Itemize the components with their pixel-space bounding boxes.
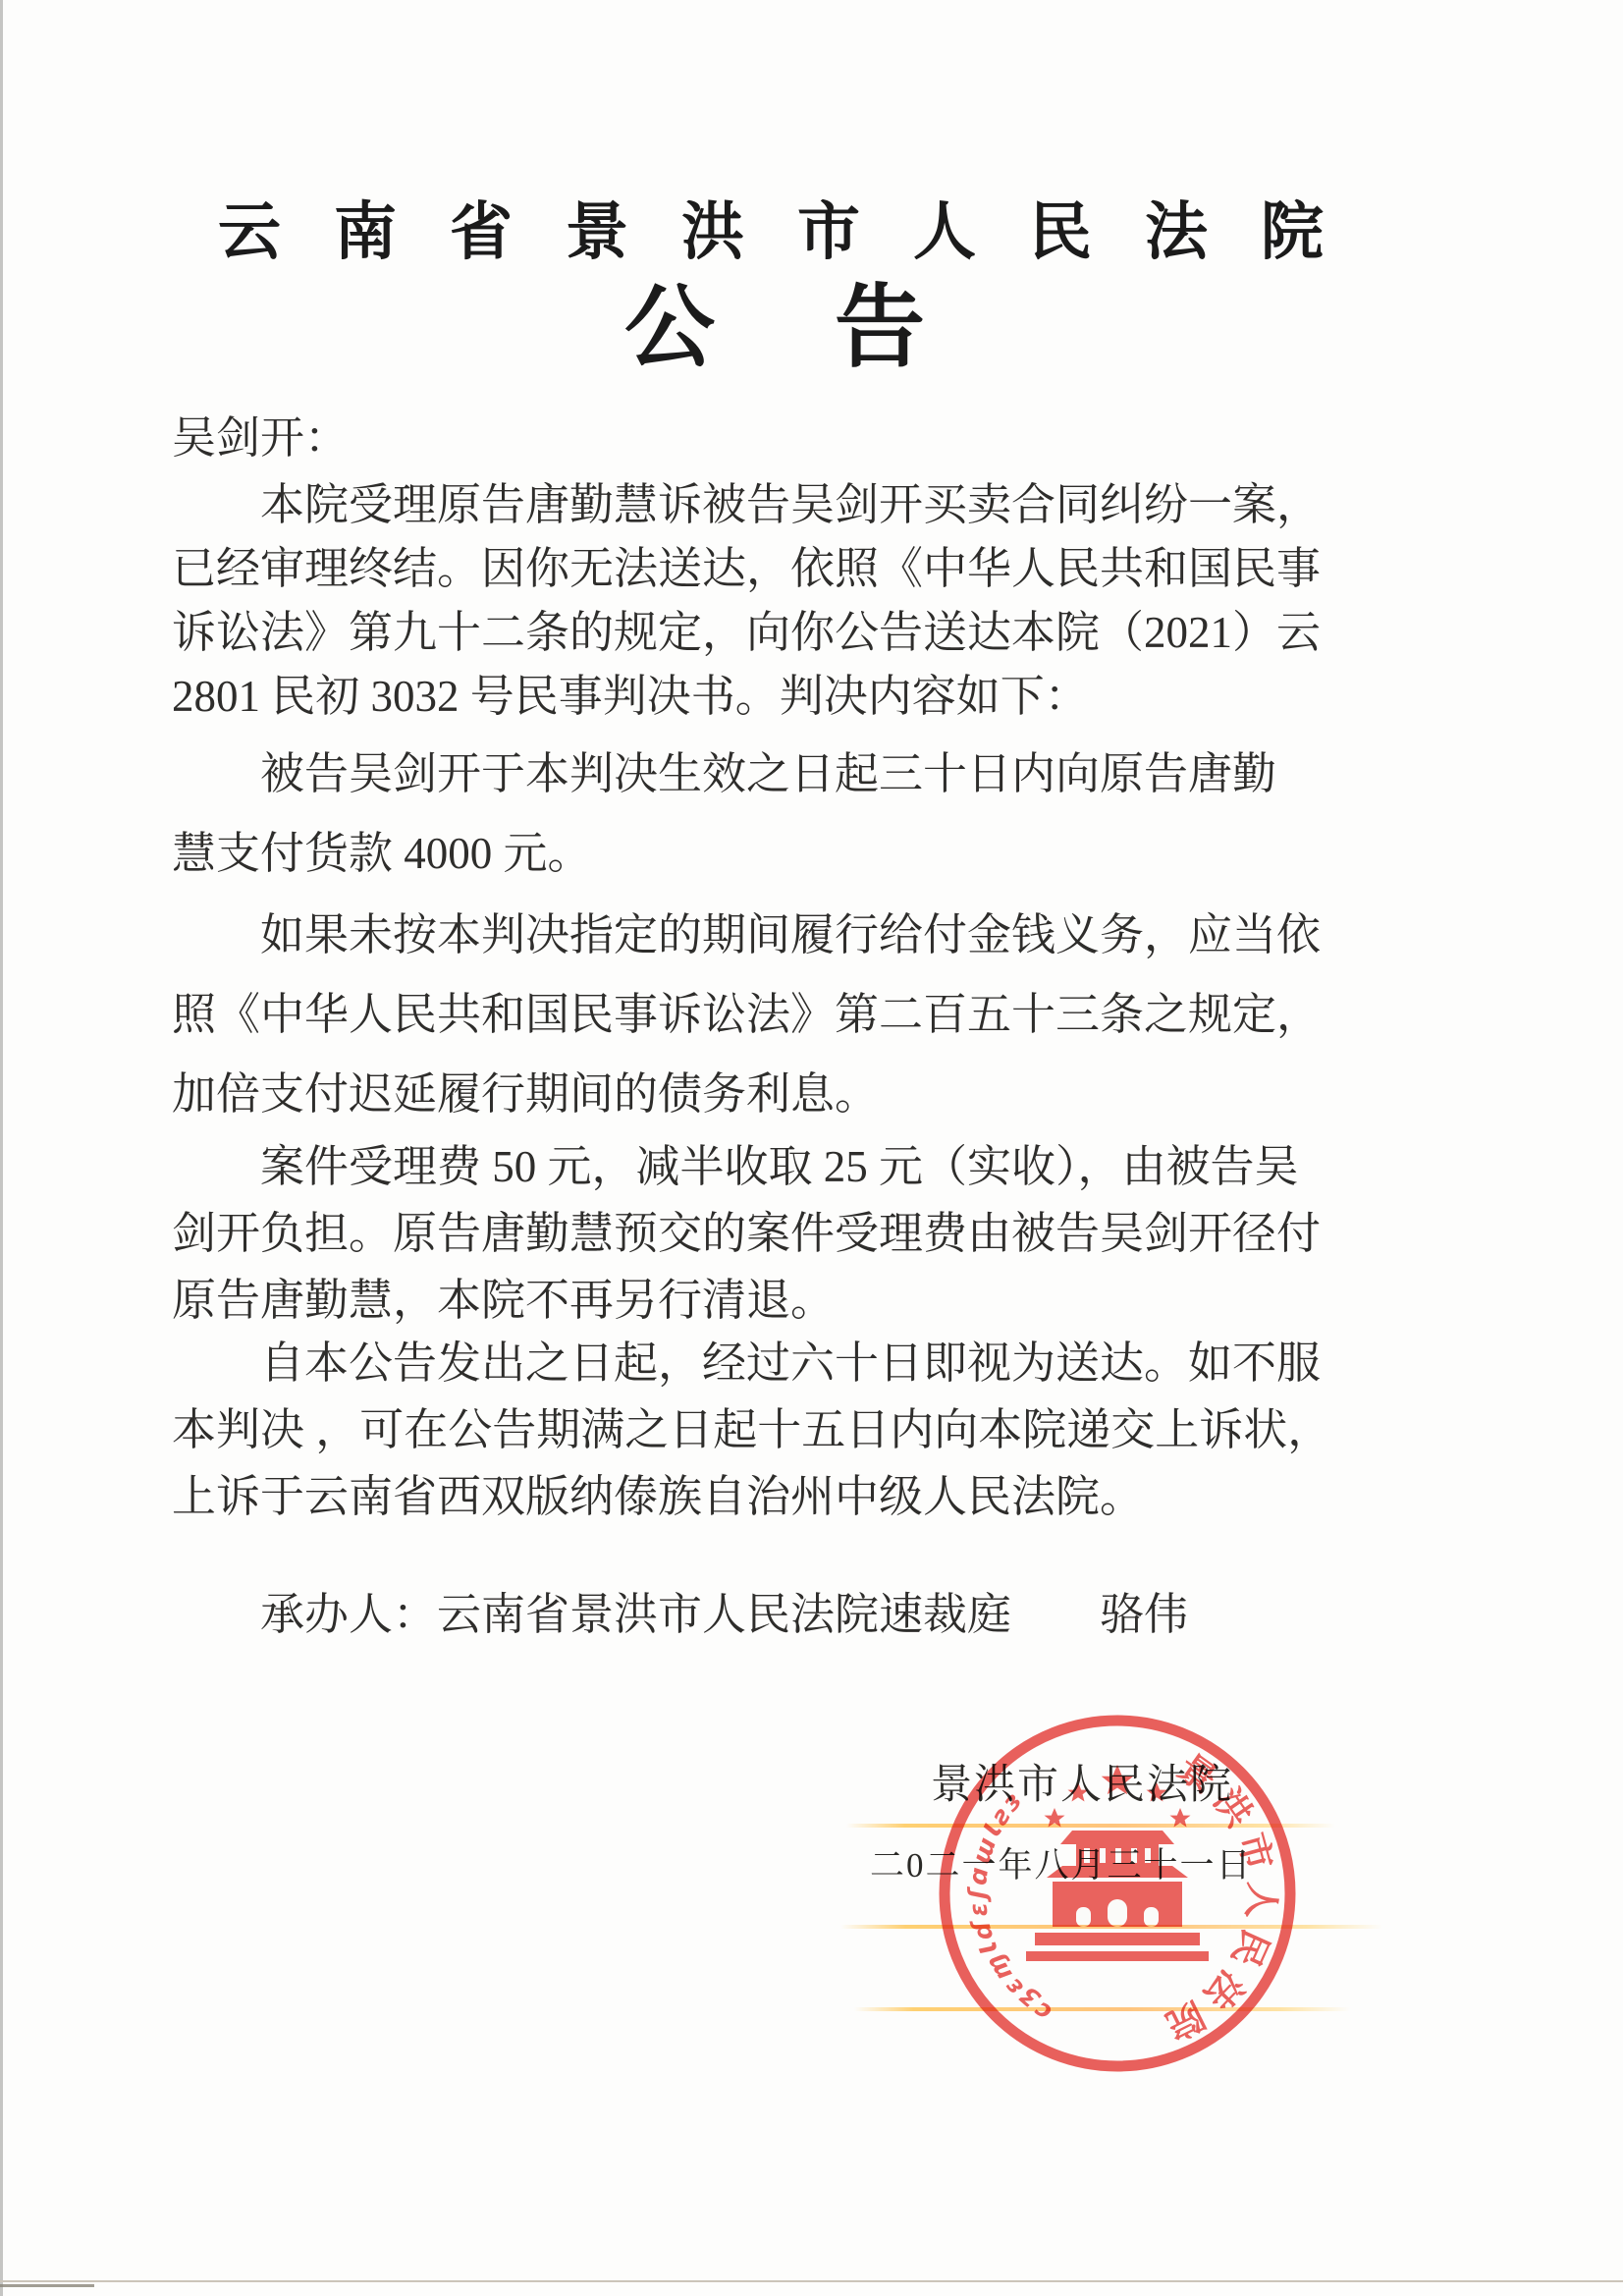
- title-char: 法: [1145, 200, 1208, 263]
- national-emblem-icon: [1026, 1765, 1209, 1961]
- text-line: 照《中华人民共和国民事诉讼法》第二百五十三条之规定，: [172, 975, 1380, 1055]
- text-line: 2801 民初 3032 号民事判决书。判决内容如下：: [172, 665, 1380, 729]
- salutation: 吴剑开：: [172, 407, 1380, 470]
- announcement-page: 云南省景洪市人民法院 公告 吴剑开： 本院受理原告唐勤慧诉被告吴剑开买卖合同纠纷…: [0, 0, 1623, 2296]
- text-line: 诉讼法》第九十二条的规定，向你公告送达本院（2021）云: [172, 601, 1380, 665]
- court-title: 云南省景洪市人民法院: [218, 200, 1324, 263]
- title-char: 民: [1029, 200, 1092, 263]
- title-char: 云: [218, 200, 281, 263]
- scan-edge-left: [0, 0, 3, 2296]
- paragraph-appeal-notice: 自本公告发出之日起，经过六十日即视为送达。如不服本判决 ，可在公告期满之日起十五…: [172, 1330, 1380, 1530]
- text-line: 本判决 ，可在公告期满之日起十五日内向本院递交上诉状，: [172, 1396, 1380, 1463]
- title-char: 告: [835, 283, 925, 373]
- text-line: 上诉于云南省西双版纳傣族自治州中级人民法院。: [172, 1463, 1380, 1530]
- text-line: 如果未按本判决指定的期间履行给付金钱义务，应当依: [172, 896, 1380, 975]
- text-line: 案件受理费 50 元，减半收取 25 元（实收），由被告吴: [172, 1133, 1380, 1200]
- text-line: 自本公告发出之日起，经过六十日即视为送达。如不服: [172, 1330, 1380, 1396]
- title-char: 省: [450, 200, 513, 263]
- paragraph-late-performance: 如果未按本判决指定的期间履行给付金钱义务，应当依照《中华人民共和国民事诉讼法》第…: [172, 896, 1380, 1134]
- title-char: 人: [913, 200, 976, 263]
- official-seal: 景洪市人民法院 cʒɛɱƖɗɛʃɑɯƖƨɜ: [927, 1703, 1308, 2084]
- paragraph-case-summary: 本院受理原告唐勤慧诉被告吴剑开买卖合同纠纷一案，已经审理终结。因你无法送达，依照…: [172, 473, 1380, 729]
- text-line: 已经审理终结。因你无法送达，依照《中华人民共和国民事: [172, 537, 1380, 601]
- title-char: 南: [334, 200, 397, 263]
- title-char: 景: [566, 200, 628, 263]
- handler-line: 承办人：云南省景洪市人民法院速裁庭 骆伟: [172, 1583, 1468, 1647]
- title-char: 院: [1261, 200, 1324, 263]
- title-char: 洪: [681, 200, 744, 263]
- paragraph-court-fees: 案件受理费 50 元，减半收取 25 元（实收），由被告吴剑开负担。原告唐勤慧预…: [172, 1133, 1380, 1334]
- title-char: 公: [624, 283, 715, 373]
- text-line: 慧支付货款 4000 元。: [172, 814, 1380, 894]
- text-line: 原告唐勤慧，本院不再另行清退。: [172, 1267, 1380, 1334]
- text-line: 剑开负担。原告唐勤慧预交的案件受理费由被告吴剑开径付: [172, 1200, 1380, 1267]
- paragraph-judgment-payment: 被告吴剑开于本判决生效之日起三十日内向原告唐勤慧支付货款 4000 元。: [172, 735, 1380, 894]
- text-line: 被告吴剑开于本判决生效之日起三十日内向原告唐勤: [172, 735, 1380, 814]
- scan-edge-bottom: [0, 2280, 1623, 2282]
- text-line: 加倍支付迟延履行期间的债务利息。: [172, 1055, 1380, 1134]
- title-char: 市: [797, 200, 860, 263]
- text-line: 本院受理原告唐勤慧诉被告吴剑开买卖合同纠纷一案，: [172, 473, 1380, 537]
- doc-title: 公告: [624, 283, 925, 373]
- scan-edge-bottom-corner: [0, 2284, 94, 2287]
